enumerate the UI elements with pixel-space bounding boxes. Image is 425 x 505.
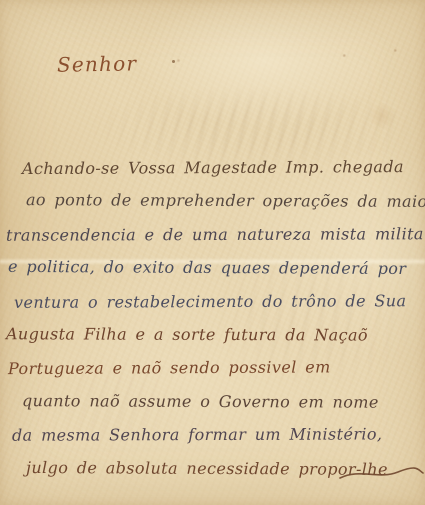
letter-body: Achando-se Vossa Magestade Imp. chegada …: [0, 151, 425, 485]
manuscript-line: transcendencia e de uma natureza mista m…: [6, 217, 425, 252]
manuscript-page: Senhor Achando-se Vossa Magestade Imp. c…: [0, 0, 425, 505]
pen-flourish-path: [340, 468, 423, 478]
manuscript-line: Portugueza e naõ sendo possivel em: [8, 350, 425, 386]
letter-salutation: Senhor: [57, 51, 138, 76]
manuscript-line: ao ponto de emprehender operações da mai…: [26, 184, 425, 219]
manuscript-line: e politica, do exito das quaes dependerá…: [8, 250, 425, 286]
manuscript-line: Augusta Filha e a sorte futura da Naçaõ: [6, 317, 425, 352]
manuscript-line: da mesma Senhora formar um Ministério,: [12, 417, 425, 452]
pen-flourish-stroke: [338, 462, 424, 484]
manuscript-line: ventura o restabelecimento do trôno de S…: [14, 284, 425, 319]
manuscript-line: Achando-se Vossa Magestade Imp. chegada: [22, 150, 425, 186]
ink-speck: [172, 60, 175, 63]
manuscript-line: quanto naõ assume o Governo em nome: [22, 384, 425, 419]
